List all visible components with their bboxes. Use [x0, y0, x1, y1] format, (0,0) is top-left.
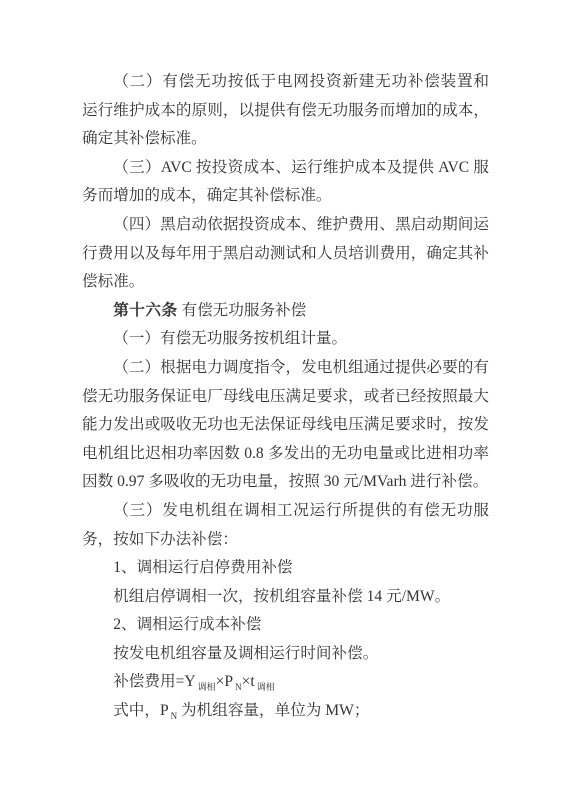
text-run: 补偿费用=Y — [113, 673, 195, 690]
text-line: 偿无功服务保证电厂母线电压满足要求，或者已经按照最大 — [82, 383, 489, 412]
text-run: （三）发电机组在调相工况运行所提供的有偿无功服 — [113, 502, 489, 519]
text-line: 机组启停调相一次，按机组容量补偿 14 元/MW。 — [82, 583, 489, 612]
text-run: （四）黑启动依据投资成本、维护费用、黑启动期间运 — [113, 216, 489, 233]
text-run: （三）AVC 按投资成本、运行维护成本及提供 AVC 服 — [113, 159, 489, 176]
text-line: （三）AVC 按投资成本、运行维护成本及提供 AVC 服 — [82, 154, 489, 183]
text-run: 能力发出或吸收无功也无法保证母线电压满足要求时，按发 — [82, 416, 489, 433]
text-run: （二）有偿无功按低于电网投资新建无功补偿装置和 — [113, 73, 489, 90]
text-run: 因数 0.97 多吸收的无功电量，按照 30 元/MVarh 进行补偿。 — [82, 473, 488, 490]
text-line: 能力发出或吸收无功也无法保证母线电压满足要求时，按发 — [82, 411, 489, 440]
document-page: （二）有偿无功按低于电网投资新建无功补偿装置和运行维护成本的原则，以提供有偿无功… — [0, 0, 565, 800]
text-line: 确定其补偿标准。 — [82, 125, 489, 154]
text-line: （一）有偿无功服务按机组计量。 — [82, 325, 489, 354]
text-run: （一）有偿无功服务按机组计量。 — [113, 330, 347, 347]
text-run: 偿标准。 — [82, 273, 144, 290]
text-run: 运行维护成本的原则，以提供有偿无功服务而增加的成本， — [82, 102, 489, 119]
text-run: 机组启停调相一次，按机组容量补偿 14 元/MW。 — [113, 588, 450, 605]
text-line: 2、调相运行成本补偿 — [82, 611, 489, 640]
text-line: 务，按如下办法补偿： — [82, 526, 489, 555]
text-run: 电机组比迟相功率因数 0.8 多发出的无功电量或比进相功率 — [82, 445, 489, 462]
text-run: 为机组容量，单位为 MW； — [177, 702, 369, 719]
text-line: 补偿费用=Y调相×PN×t调相 — [82, 668, 489, 697]
text-line: （三）发电机组在调相工况运行所提供的有偿无功服 — [82, 497, 489, 526]
text-run: 2、调相运行成本补偿 — [113, 616, 261, 633]
text-run: 务而增加的成本，确定其补偿标准。 — [82, 187, 332, 204]
text-run: （二）根据电力调度指令，发电机组通过提供必要的有 — [113, 359, 489, 376]
text-line: （二）根据电力调度指令，发电机组通过提供必要的有 — [82, 354, 489, 383]
text-line: 第十六条 有偿无功服务补偿 — [82, 297, 489, 326]
text-line: 按发电机组容量及调相运行时间补偿。 — [82, 640, 489, 669]
text-run: 有偿无功服务补偿 — [178, 302, 307, 319]
text-run: ×t — [242, 673, 255, 690]
document-body: （二）有偿无功按低于电网投资新建无功补偿装置和运行维护成本的原则，以提供有偿无功… — [82, 68, 489, 726]
text-line: 1、调相运行启停费用补偿 — [82, 554, 489, 583]
text-line: 务而增加的成本，确定其补偿标准。 — [82, 182, 489, 211]
text-line: （二）有偿无功按低于电网投资新建无功补偿装置和 — [82, 68, 489, 97]
text-run: 行费用以及每年用于黑启动测试和人员培训费用，确定其补 — [82, 245, 489, 262]
subscript-text: 调相 — [196, 682, 216, 692]
text-run: 按发电机组容量及调相运行时间补偿。 — [113, 645, 378, 662]
text-line: 因数 0.97 多吸收的无功电量，按照 30 元/MVarh 进行补偿。 — [82, 468, 489, 497]
subscript-text: N — [233, 682, 242, 692]
text-run: 确定其补偿标准。 — [82, 130, 207, 147]
text-line: 偿标准。 — [82, 268, 489, 297]
text-line: 式中，PN 为机组容量，单位为 MW； — [82, 697, 489, 726]
text-run: 偿无功服务保证电厂母线电压满足要求，或者已经按照最大 — [82, 388, 489, 405]
text-line: （四）黑启动依据投资成本、维护费用、黑启动期间运 — [82, 211, 489, 240]
text-run: 式中，P — [113, 702, 168, 719]
text-line: 行费用以及每年用于黑启动测试和人员培训费用，确定其补 — [82, 240, 489, 269]
subscript-text: N — [169, 711, 178, 721]
text-line: 电机组比迟相功率因数 0.8 多发出的无功电量或比进相功率 — [82, 440, 489, 469]
article-heading-number: 第十六条 — [113, 302, 177, 319]
text-run: 务，按如下办法补偿： — [82, 531, 238, 548]
text-line: 运行维护成本的原则，以提供有偿无功服务而增加的成本， — [82, 97, 489, 126]
text-run: 1、调相运行启停费用补偿 — [113, 559, 292, 576]
subscript-text: 调相 — [255, 682, 275, 692]
text-run: ×P — [216, 673, 233, 690]
